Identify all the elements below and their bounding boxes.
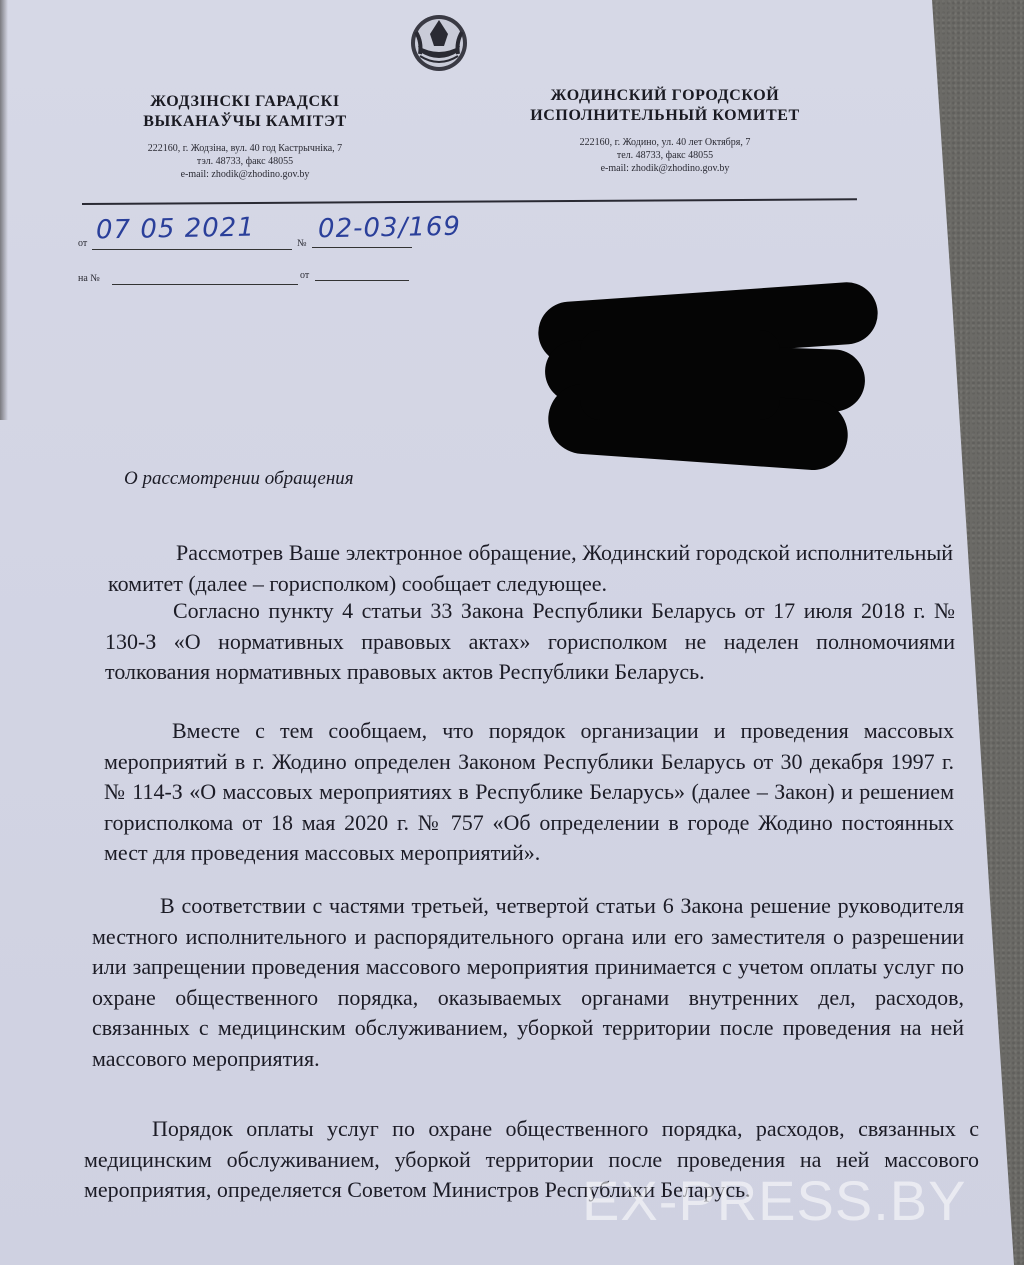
date-underline (92, 249, 292, 250)
ref-date-underline (315, 280, 409, 281)
header-russian: ЖОДИНСКИЙ ГОРОДСКОЙ ИСПОЛНИТЕЛЬНЫЙ КОМИТ… (490, 86, 840, 175)
ref-number-label: на № (78, 273, 100, 284)
paper-edge-shadow (0, 0, 8, 420)
ref-date-label: от (300, 270, 309, 281)
email-ru: e-mail: zhodik@zhodino.gov.by (490, 162, 840, 175)
paragraph-4: В соответствии с частями третьей, четвер… (92, 891, 964, 1074)
handwritten-date: 07 05 2021 (96, 213, 255, 246)
number-underline (312, 247, 412, 248)
paragraph-3: Вместе с тем сообщаем, что порядок орган… (104, 716, 954, 869)
org-name-be-line1: ЖОДЗІНСКІ ГАРАДСКІ (95, 92, 395, 112)
number-label: № (297, 238, 307, 249)
paragraph-2: Согласно пункту 4 статьи 33 Закона Респу… (105, 596, 955, 688)
address-ru: 222160, г. Жодино, ул. 40 лет Октября, 7 (490, 136, 840, 149)
address-be: 222160, г. Жодзіна, вул. 40 год Кастрычн… (95, 142, 395, 155)
watermark: EX-PRESS.BY (582, 1168, 966, 1233)
state-emblem-icon (408, 12, 470, 74)
org-name-be-line2: ВЫКАНАЎЧЫ КАМІТЭТ (95, 112, 395, 132)
phone-ru: тел. 48733, факс 48055 (490, 149, 840, 162)
org-name-ru-line1: ЖОДИНСКИЙ ГОРОДСКОЙ (490, 86, 840, 106)
org-name-ru-line2: ИСПОЛНИТЕЛЬНЫЙ КОМИТЕТ (490, 106, 840, 126)
handwritten-number: 02-03/169 (318, 212, 461, 244)
phone-be: тэл. 48733, факс 48055 (95, 155, 395, 168)
date-label: от (78, 238, 87, 249)
ref-number-underline (112, 284, 298, 285)
email-be: e-mail: zhodik@zhodino.gov.by (95, 168, 395, 181)
letter-subject: О рассмотрении обращения (124, 468, 354, 490)
paragraph-1: Рассмотрев Ваше электронное обращение, Ж… (108, 538, 953, 599)
header-belarusian: ЖОДЗІНСКІ ГАРАДСКІ ВЫКАНАЎЧЫ КАМІТЭТ 222… (95, 92, 395, 181)
